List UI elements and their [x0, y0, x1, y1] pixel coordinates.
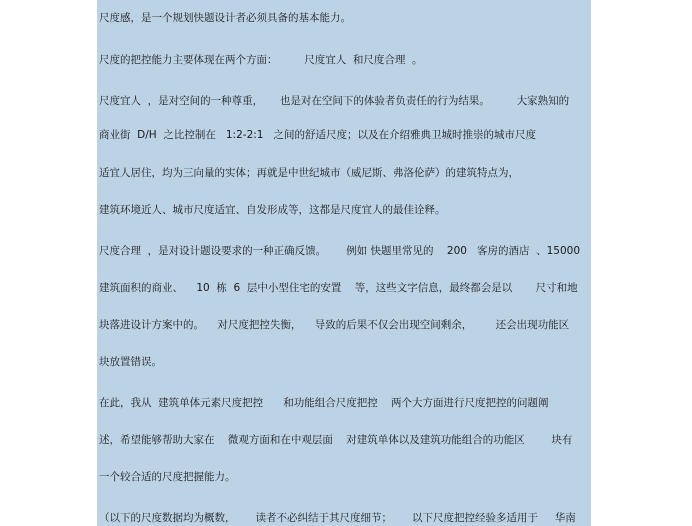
document-page: 尺度感，是一个规划快题设计者必须具备的基本能力。 尺度的把控能力主要体现在两个方…	[97, 0, 591, 526]
text-line: 尺度感，是一个规划快题设计者必须具备的基本能力。	[99, 11, 589, 25]
text-line: 尺度合理 ，是对设计题设要求的一种正确反馈。 例如 快题里常见的 200 客房的…	[99, 244, 589, 258]
text-line: 商业街 D/H 之比控制在 1:2-2:1 之间的舒适尺度；以及在介绍雅典卫城时…	[99, 128, 589, 142]
text-line: 述，希望能够帮助大家在 微观方面和在中观层面 对建筑单体以及建筑功能组合的功能区…	[99, 433, 589, 447]
text-line: 块落进设计方案中的。 对尺度把控失衡， 导致的后果不仅会出现空间剩余， 还会出现…	[99, 318, 589, 332]
text-line: 块放置错误。	[99, 355, 589, 369]
text-line: 尺度宜人 ，是对空间的一种尊重， 也是对在空间下的体验者负责任的行为结果。 大家…	[99, 94, 589, 108]
text-line: 在此，我从 建筑单体元素尺度把控 和功能组合尺度把控 两个大方面进行尺度把控的问…	[99, 396, 589, 410]
text-line: 适宜人居住，均为三向量的实体；再就是中世纪城市（威尼斯、弗洛伦萨）的建筑特点为，	[99, 166, 589, 180]
text-line: 建筑环境近人、城市尺度适宜、自发形成等，这都是尺度宜人的最佳诠释。	[99, 203, 589, 217]
text-line: 尺度的把控能力主要体现在两个方面： 尺度宜人 和尺度合理 。	[99, 53, 589, 67]
text-line: 一个较合适的尺度把握能力。	[99, 470, 589, 484]
text-line: （以下的尺度数据均为概数， 读者不必纠结于其尺度细节； 以下尺度把控经验多适用于…	[99, 511, 589, 525]
text-line: 建筑面积的商业、 10 栋 6 层中小型住宅的安置 等，这些文字信息，最终都会是…	[99, 281, 589, 295]
